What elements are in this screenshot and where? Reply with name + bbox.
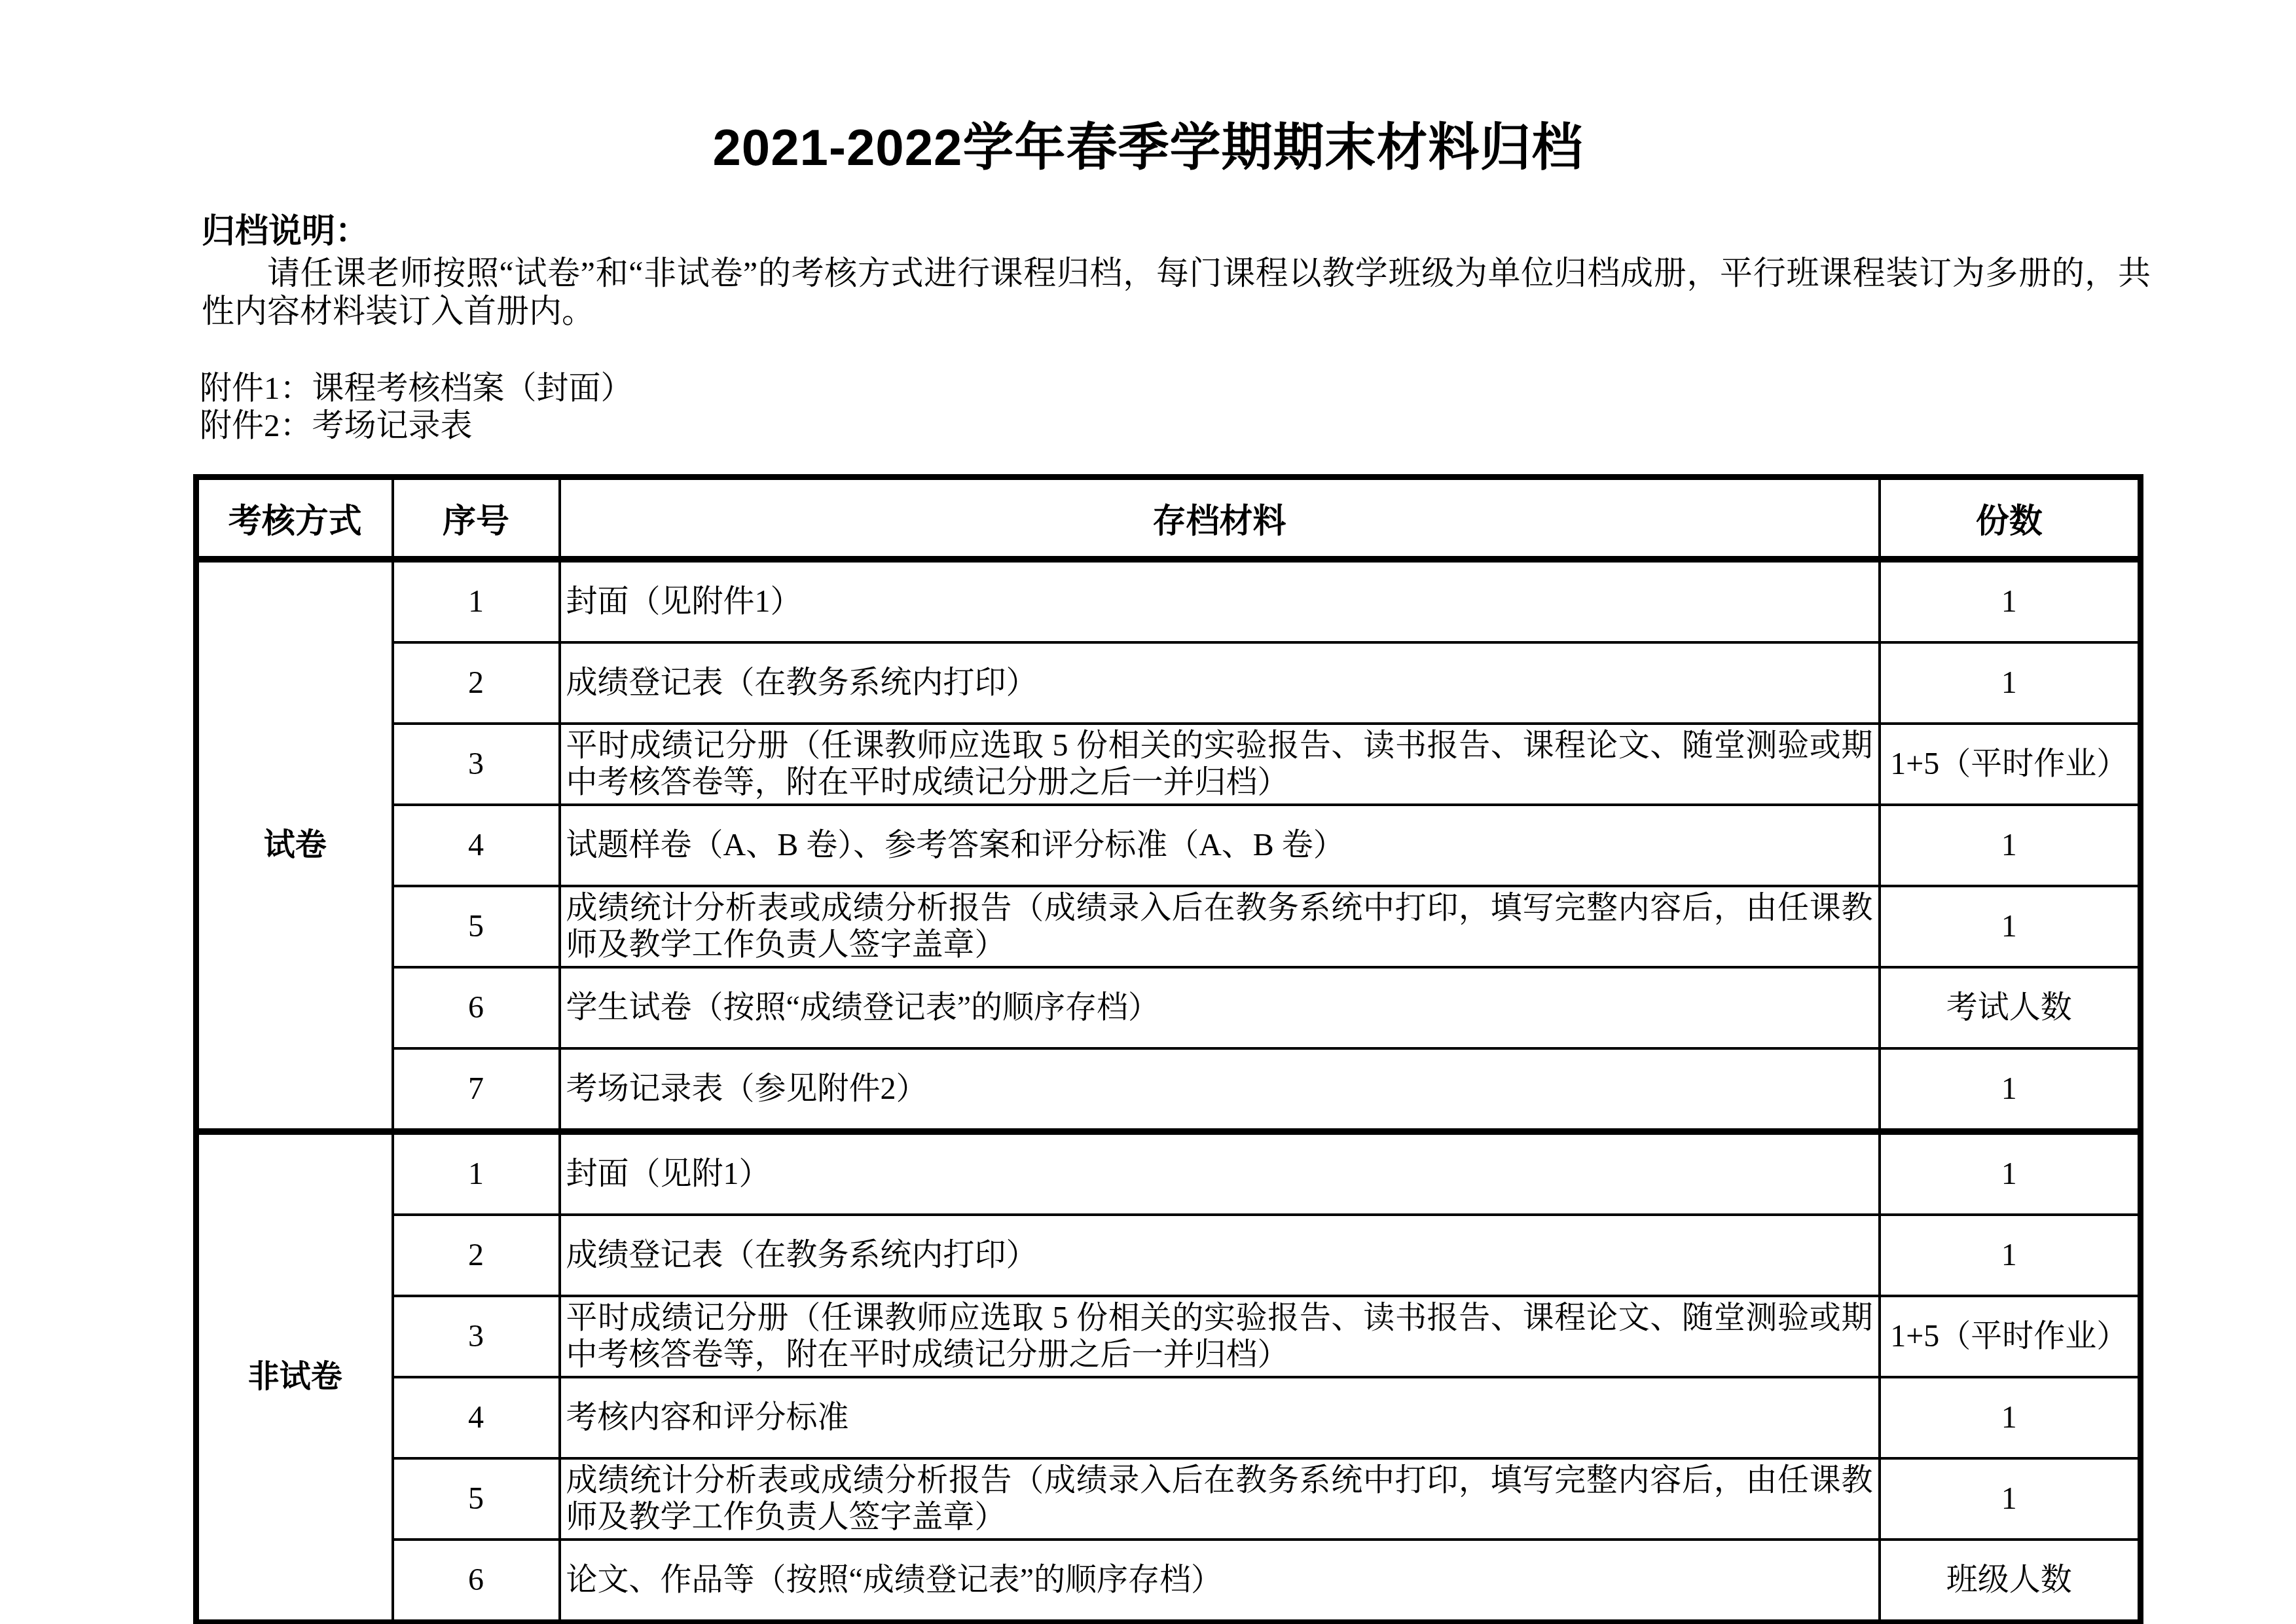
archive-instructions-paragraph: 请任课老师按照“试卷”和“非试卷”的考核方式进行课程归档，每门课程以教学班级为单… — [202, 254, 2151, 330]
serial-number-cell: 3 — [393, 1296, 560, 1377]
table-row: 7 考场记录表（参见附件2） 1 — [196, 1048, 2141, 1132]
serial-number-cell: 1 — [393, 559, 560, 642]
material-cell: 试题样卷（A、B 卷）、参考答案和评分标准（A、B 卷） — [560, 805, 1880, 886]
copies-cell: 1 — [1880, 1215, 2141, 1296]
copies-cell: 1 — [1880, 805, 2141, 886]
attachment-list: 附件1：课程考核档案（封面） 附件2：考场记录表 — [200, 369, 2296, 444]
table-row: 3 平时成绩记分册（任课教师应选取 5 份相关的实验报告、读书报告、课程论文、随… — [196, 1296, 2141, 1377]
col-header-assessment-method: 考核方式 — [196, 477, 393, 560]
material-cell: 成绩登记表（在教务系统内打印） — [560, 642, 1880, 724]
table-header-row: 考核方式 序号 存档材料 份数 — [196, 477, 2141, 560]
copies-cell: 1 — [1880, 559, 2141, 642]
table-row: 5 成绩统计分析表或成绩分析报告（成绩录入后在教务系统中打印，填写完整内容后，由… — [196, 1458, 2141, 1540]
archive-notes-heading: 归档说明： — [202, 212, 2296, 250]
table-row: 4 考核内容和评分标准 1 — [196, 1377, 2141, 1458]
material-cell: 封面（见附件1） — [560, 559, 1880, 642]
col-header-copies: 份数 — [1880, 477, 2141, 560]
copies-cell: 1 — [1880, 886, 2141, 967]
document-page: 2021-2022学年春季学期期末材料归档 归档说明： 请任课老师按照“试卷”和… — [0, 0, 2296, 1624]
assessment-method-cell-non-exam: 非试卷 — [196, 1132, 393, 1623]
table-row: 4 试题样卷（A、B 卷）、参考答案和评分标准（A、B 卷） 1 — [196, 805, 2141, 886]
attachment-item-1: 附件1：课程考核档案（封面） — [200, 369, 2296, 407]
serial-number-cell: 4 — [393, 805, 560, 886]
material-cell: 学生试卷（按照“成绩登记表”的顺序存档） — [560, 967, 1880, 1048]
table-row: 非试卷 1 封面（见附1） 1 — [196, 1132, 2141, 1215]
table-row: 2 成绩登记表（在教务系统内打印） 1 — [196, 642, 2141, 724]
copies-cell: 1 — [1880, 1458, 2141, 1540]
material-cell: 封面（见附1） — [560, 1132, 1880, 1215]
serial-number-cell: 4 — [393, 1377, 560, 1458]
archive-materials-table: 考核方式 序号 存档材料 份数 试卷 1 封面（见附件1） 1 2 成绩登记表（… — [193, 474, 2143, 1624]
table-row: 6 论文、作品等（按照“成绩登记表”的顺序存档） 班级人数 — [196, 1540, 2141, 1623]
copies-cell: 1+5（平时作业） — [1880, 1296, 2141, 1377]
serial-number-cell: 7 — [393, 1048, 560, 1132]
copies-cell: 班级人数 — [1880, 1540, 2141, 1623]
col-header-serial-number: 序号 — [393, 477, 560, 560]
serial-number-cell: 1 — [393, 1132, 560, 1215]
table-row: 2 成绩登记表（在教务系统内打印） 1 — [196, 1215, 2141, 1296]
serial-number-cell: 3 — [393, 724, 560, 805]
copies-cell: 考试人数 — [1880, 967, 2141, 1048]
material-cell: 论文、作品等（按照“成绩登记表”的顺序存档） — [560, 1540, 1880, 1623]
table-row: 试卷 1 封面（见附件1） 1 — [196, 559, 2141, 642]
serial-number-cell: 2 — [393, 642, 560, 724]
material-cell: 成绩统计分析表或成绩分析报告（成绩录入后在教务系统中打印，填写完整内容后，由任课… — [560, 1458, 1880, 1540]
copies-cell: 1+5（平时作业） — [1880, 724, 2141, 805]
attachment-item-2: 附件2：考场记录表 — [200, 407, 2296, 444]
serial-number-cell: 6 — [393, 967, 560, 1048]
page-title: 2021-2022学年春季学期期末材料归档 — [0, 0, 2296, 178]
table-row: 3 平时成绩记分册（任课教师应选取 5 份相关的实验报告、读书报告、课程论文、随… — [196, 724, 2141, 805]
assessment-method-cell-exam: 试卷 — [196, 559, 393, 1132]
copies-cell: 1 — [1880, 1377, 2141, 1458]
copies-cell: 1 — [1880, 1048, 2141, 1132]
copies-cell: 1 — [1880, 642, 2141, 724]
table-row: 6 学生试卷（按照“成绩登记表”的顺序存档） 考试人数 — [196, 967, 2141, 1048]
serial-number-cell: 6 — [393, 1540, 560, 1623]
material-cell: 考场记录表（参见附件2） — [560, 1048, 1880, 1132]
table-row: 5 成绩统计分析表或成绩分析报告（成绩录入后在教务系统中打印，填写完整内容后，由… — [196, 886, 2141, 967]
copies-cell: 1 — [1880, 1132, 2141, 1215]
serial-number-cell: 5 — [393, 1458, 560, 1540]
col-header-archived-material: 存档材料 — [560, 477, 1880, 560]
serial-number-cell: 5 — [393, 886, 560, 967]
material-cell: 平时成绩记分册（任课教师应选取 5 份相关的实验报告、读书报告、课程论文、随堂测… — [560, 1296, 1880, 1377]
material-cell: 成绩登记表（在教务系统内打印） — [560, 1215, 1880, 1296]
material-cell: 成绩统计分析表或成绩分析报告（成绩录入后在教务系统中打印，填写完整内容后，由任课… — [560, 886, 1880, 967]
serial-number-cell: 2 — [393, 1215, 560, 1296]
material-cell: 考核内容和评分标准 — [560, 1377, 1880, 1458]
material-cell: 平时成绩记分册（任课教师应选取 5 份相关的实验报告、读书报告、课程论文、随堂测… — [560, 724, 1880, 805]
